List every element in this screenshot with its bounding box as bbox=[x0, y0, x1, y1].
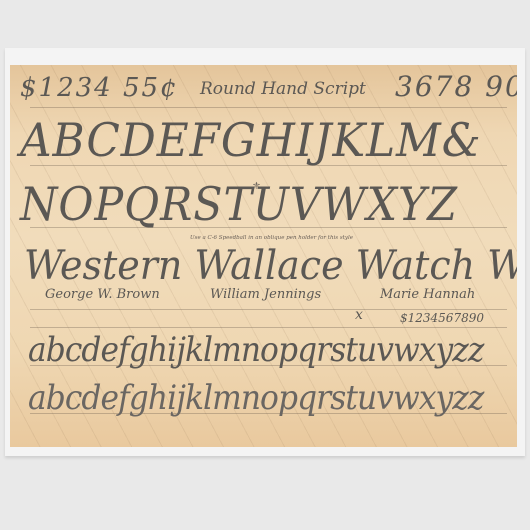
guide-line bbox=[30, 309, 507, 310]
numerals-left: $1234 55¢ bbox=[20, 73, 179, 103]
guide-line bbox=[30, 107, 507, 108]
sheet-title: Round Hand Script bbox=[200, 79, 366, 99]
guide-line bbox=[30, 327, 507, 328]
practice-mark: x bbox=[355, 307, 363, 323]
sample-name: Marie Hannah bbox=[380, 287, 475, 302]
capitals-row-2: NOPQRSTUVWXYZ bbox=[20, 177, 458, 231]
lowercase-row-1: abcdefghijklmnopqrstuvwxyzz bbox=[28, 330, 483, 370]
company-line: Western Wallace Watch Works, Wn. bbox=[24, 243, 517, 289]
sample-name: William Jennings bbox=[210, 287, 321, 302]
sample-name: George W. Brown bbox=[45, 287, 160, 302]
numerals-right: 3678 90 69 bbox=[395, 70, 517, 103]
numerals-small: $1234567890 bbox=[400, 311, 484, 325]
instruction-note: Use a C-6 Speedball in an oblique pen ho… bbox=[190, 235, 353, 241]
lowercase-row-2: abcdefghijklmnopqrstuvwxyzz bbox=[28, 378, 483, 418]
penmanship-sheet: $1234 55¢ Round Hand Script 3678 90 69 A… bbox=[10, 65, 517, 447]
capitals-row-1: ABCDEFGHIJKLM& bbox=[20, 113, 482, 167]
